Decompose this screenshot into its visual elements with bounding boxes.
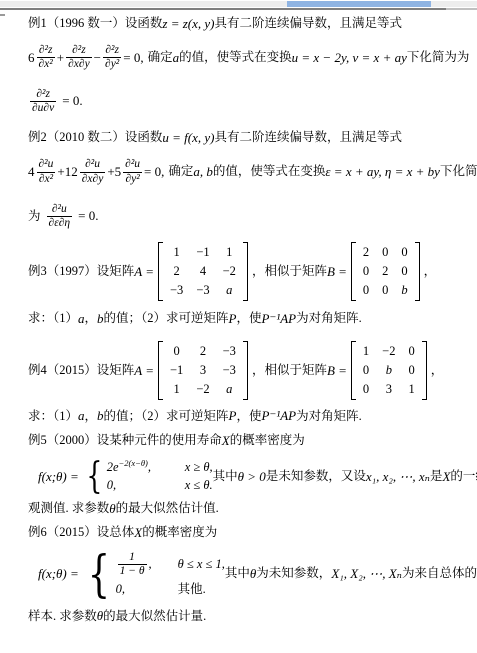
body-text: ， (85, 409, 98, 425)
matrix-cell: 2 (363, 245, 369, 261)
body-text: 观测值. 求参数 (28, 501, 109, 517)
matrix-cell: 0 (382, 245, 388, 261)
body-text: 确定 (148, 50, 173, 66)
fraction: ∂²z∂u∂v (30, 88, 56, 115)
body-text: 的最大似然估计量. (103, 609, 206, 625)
fraction: ∂²u∂x∂y (80, 158, 106, 185)
math-text: ε = x + ay, η = x + by (325, 164, 440, 180)
scrollbar-thumb[interactable] (287, 1, 431, 7)
math-text: P (229, 311, 237, 327)
example-1-equation: 6 ∂²z∂x² + ∂²z∂x∂y − ∂²z∂y² = 0, 确定 a 的值… (28, 44, 477, 71)
matrix-b-lhs: B = (327, 264, 347, 280)
equals-zero: = 0. (62, 93, 82, 109)
matrix-cell: a (226, 382, 232, 398)
document-page: 例1（1996 数一）设函数 z = z(x, y) 具有二阶连续偏导数，且满足… (0, 16, 477, 625)
math-text: P⁻¹AP (262, 311, 297, 327)
heading-text: 例5（2000）设某种元件的使用寿命 (28, 433, 222, 449)
example-6-density-equation: f(x;θ) = { 11 − θ,θ ≤ x ≤ 1, 0,其他. 其中 θ … (28, 549, 477, 599)
fraction: ∂²u∂ε∂η (47, 203, 73, 230)
matrix-cell: 0 (174, 344, 180, 360)
heading-text: 例3（1997）设矩阵 (28, 264, 134, 280)
matrix-cell: 2 (382, 264, 388, 280)
matrix-cell: 1 (174, 382, 180, 398)
body-text: 的值，使等式在变换 (179, 50, 292, 66)
body-text: 的最大似然估计值. (116, 501, 219, 517)
bracket-right (422, 341, 427, 400)
matrix-a-lhs: A = (134, 264, 154, 280)
matrix-cell: 0 (401, 264, 407, 280)
body-text: 的一组样本 (450, 469, 477, 485)
body-text: 的值，使等式在变换 (213, 164, 326, 180)
heading-text: 例1（1996 数一）设函数 (28, 16, 162, 32)
operator: + (57, 164, 64, 180)
matrix-cell: −3 (223, 344, 236, 360)
body-text: 为 (28, 209, 41, 225)
bracket-right (415, 242, 420, 301)
math-text: X (442, 469, 450, 485)
top-pane-edge (0, 0, 477, 10)
math-text: u = x − 2y, v = x + ay (292, 50, 407, 66)
brace-icon: { (88, 549, 110, 599)
coefficient: 12 (65, 164, 78, 180)
matrix-cell: 1 (226, 245, 232, 261)
math-text: X (134, 525, 142, 541)
case-value: 0, (116, 582, 178, 598)
matrix-b: 1−20 0b0 031 (351, 341, 427, 400)
matrix-cell: 0 (363, 382, 369, 398)
operator: + (57, 50, 64, 66)
example-1-heading: 例1（1996 数一）设函数 z = z(x, y) 具有二阶连续偏导数，且满足… (28, 16, 477, 32)
math-text: x₁, x₂, ⋯, xₙ (366, 469, 430, 485)
pane-divider (0, 8, 446, 10)
math-text: θ > 0 (238, 469, 266, 485)
math-text: P⁻¹AP (262, 408, 297, 424)
fraction: ∂²z∂x² (37, 44, 55, 71)
math-text: X₁, X₂, ⋯, Xₙ (331, 566, 402, 582)
body-text: 求：（1） (28, 409, 78, 425)
matrix-cell: −2 (223, 264, 236, 280)
equals-zero: = 0, (144, 164, 164, 180)
matrix-cell: 1 (363, 344, 369, 360)
example-1-result-equation: ∂²z∂u∂v = 0. (28, 88, 477, 115)
math-text: X (222, 433, 230, 449)
fraction: 11 − θ (118, 551, 147, 578)
math-text: P (229, 408, 237, 424)
fraction: ∂²u∂y² (123, 158, 142, 185)
function-lhs: f(x;θ) = (38, 469, 79, 485)
body-text: 下化简 (440, 164, 477, 180)
matrix-a-lhs: A = (134, 363, 154, 379)
matrix-b: 200 020 00b (351, 242, 420, 301)
body-text: 样本. 求参数 (28, 609, 97, 625)
heading-text: 具有二阶连续偏导数，且满足等式 (214, 130, 402, 146)
fraction: ∂²z∂y² (103, 44, 121, 71)
matrix-cell: 3 (386, 382, 392, 398)
body-text: ， (431, 363, 444, 379)
matrix-a: 1−11 24−2 −3−3a (158, 242, 248, 301)
matrix-cell: b (386, 363, 392, 379)
matrix-cell: 3 (200, 363, 206, 379)
example-2-heading: 例2（2010 数二）设函数 u = f(x, y) 具有二阶连续偏导数，且满足… (28, 130, 477, 146)
heading-text: 的概率密度为 (142, 525, 217, 541)
heading-text: 的概率密度为 (230, 433, 305, 449)
heading-text: 具有二阶连续偏导数，且满足等式 (214, 16, 402, 32)
matrix-cell: −1 (196, 245, 209, 261)
example-3-question: 求：（1）a，b 的值；（2）求可逆矩阵 P，使 P⁻¹AP 为对角矩阵. (28, 311, 477, 327)
coefficient: 5 (115, 164, 122, 180)
piecewise-function: { 2e−2(x−θ),x ≥ θ, 0,x ≤ θ. (83, 459, 213, 495)
comma: , (149, 557, 152, 573)
matrix-cell: 0 (408, 344, 414, 360)
body-text: 的值；（2）求可逆矩阵 (104, 409, 229, 425)
matrix-cell: 1 (174, 245, 180, 261)
case-value: 0, (107, 478, 185, 494)
matrix-cell: 0 (408, 363, 414, 379)
body-text: ，相似于矩阵 (252, 264, 327, 280)
operator: − (94, 50, 101, 66)
pane-divider-light (446, 8, 477, 10)
body-text: 为未知参数， (256, 566, 331, 582)
coefficient: 4 (28, 164, 35, 180)
coefficient: 6 (28, 50, 35, 66)
equals-zero: = 0. (78, 208, 98, 224)
matrix-cell: 1 (408, 382, 414, 398)
example-5-question: 观测值. 求参数 θ 的最大似然估计值. (28, 501, 477, 517)
matrix-a: 02−3 −13−3 1−2a (158, 341, 248, 400)
matrix-cell: −2 (196, 382, 209, 398)
function-lhs: f(x;θ) = (38, 566, 79, 582)
matrix-cell: 0 (363, 283, 369, 299)
case-condition: θ ≤ x ≤ 1, (178, 557, 225, 573)
matrix-cell: −3 (223, 363, 236, 379)
matrix-cell: 4 (200, 264, 206, 280)
matrix-cell: −1 (170, 363, 183, 379)
body-text: ， (424, 264, 437, 280)
matrix-cell: 0 (363, 363, 369, 379)
body-text: ，使 (237, 409, 262, 425)
equals-zero: = 0, (123, 50, 143, 66)
example-6-question: 样本. 求参数 θ 的最大似然估计量. (28, 608, 477, 624)
matrix-cell: 2 (200, 344, 206, 360)
example-4-heading: 例4（2015）设矩阵 A = 02−3 −13−3 1−2a ，相似于矩阵 B… (28, 341, 477, 400)
ruler-mark (0, 14, 5, 16)
operator: + (107, 164, 114, 180)
matrix-cell: −3 (170, 283, 183, 299)
fraction: ∂²z∂x∂y (66, 44, 92, 71)
body-text: ， (85, 311, 98, 327)
body-text: 确定 (168, 164, 193, 180)
heading-text: 例4（2015）设矩阵 (28, 363, 134, 379)
body-text: 是未知参数，又设 (266, 469, 366, 485)
body-text: 其中 (225, 566, 250, 582)
matrix-cell: 0 (363, 264, 369, 280)
body-text: 下化简为为 (407, 50, 470, 66)
case-condition: 其他. (178, 582, 206, 598)
example-2-result-equation: 为 ∂²u∂ε∂η = 0. (28, 203, 477, 230)
body-text: 其中 (213, 469, 238, 485)
exponent: −2(x−θ) (119, 457, 148, 467)
bracket-right (243, 341, 248, 400)
matrix-cell: 2 (174, 264, 180, 280)
heading-text: 例6（2015）设总体 (28, 525, 134, 541)
matrix-cell: b (401, 283, 407, 299)
math-text: u = f(x, y) (162, 130, 214, 146)
example-4-question: 求：（1）a，b 的值；（2）求可逆矩阵 P，使 P⁻¹AP 为对角矩阵. (28, 408, 477, 424)
example-6-heading: 例6（2015）设总体 X 的概率密度为 (28, 525, 477, 541)
case-condition: x ≥ θ, (185, 460, 213, 476)
matrix-b-lhs: B = (327, 363, 347, 379)
body-text: 的值；（2）求可逆矩阵 (104, 311, 229, 327)
body-text: 为来自总体的简单随机 (402, 566, 477, 582)
example-3-heading: 例3（1997）设矩阵 A = 1−11 24−2 −3−3a ，相似于矩阵 B… (28, 242, 477, 301)
body-text: ，使 (237, 311, 262, 327)
brace-icon: { (86, 459, 102, 495)
bracket-right (243, 242, 248, 301)
matrix-cell: 0 (401, 245, 407, 261)
piecewise-function: { 11 − θ,θ ≤ x ≤ 1, 0,其他. (83, 549, 225, 599)
matrix-cell: 0 (382, 283, 388, 299)
example-2-equation: 4 ∂²u∂x² + 12 ∂²u∂x∂y + 5 ∂²u∂y² = 0, 确定… (28, 158, 477, 185)
comma: , (148, 460, 151, 474)
body-text: ，相似于矩阵 (252, 363, 327, 379)
math-text: a, b (193, 164, 213, 180)
body-text: 为对角矩阵. (296, 311, 362, 327)
body-text: 是 (430, 469, 443, 485)
matrix-cell: a (226, 283, 232, 299)
matrix-cell: −2 (382, 344, 395, 360)
example-5-heading: 例5（2000）设某种元件的使用寿命 X 的概率密度为 (28, 433, 477, 449)
matrix-cell: −3 (196, 283, 209, 299)
math-text: z = z(x, y) (162, 16, 214, 32)
example-5-density-equation: f(x;θ) = { 2e−2(x−θ),x ≥ θ, 0,x ≤ θ. 其中 … (28, 459, 477, 495)
case-condition: x ≤ θ. (185, 478, 213, 494)
body-text: 为对角矩阵. (296, 409, 362, 425)
heading-text: 例2（2010 数二）设函数 (28, 130, 162, 146)
case-value: 2e (107, 460, 119, 474)
fraction: ∂²u∂x² (37, 158, 56, 185)
body-text: 求：（1） (28, 311, 78, 327)
